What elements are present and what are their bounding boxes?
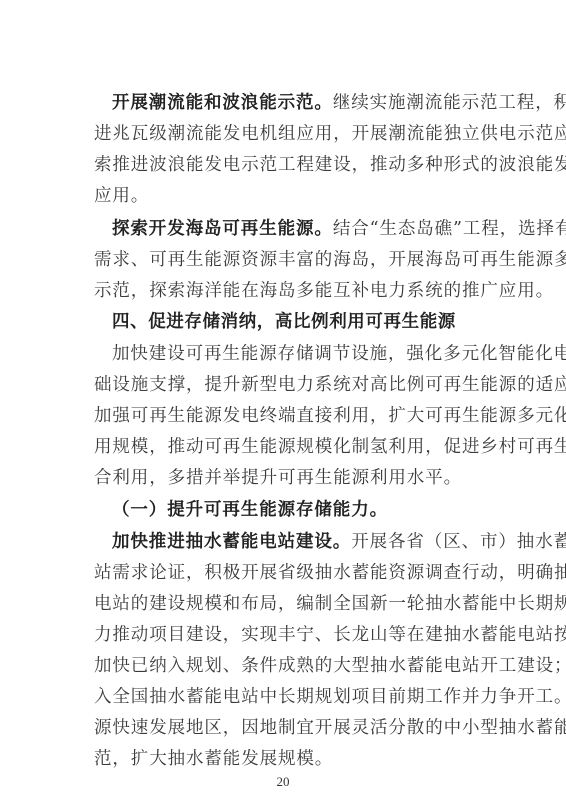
paragraph-line: 力推动项目建设，实现丰宁、长龙山等在建抽水蓄能电站按期投产； bbox=[94, 625, 494, 645]
paragraph-line: 电站的建设规模和布局，编制全国新一轮抽水蓄能中长期规划。大 bbox=[94, 594, 494, 614]
paragraph-line: 示范，探索海洋能在海岛多能互补电力系统的推广应用。 bbox=[94, 281, 494, 301]
paragraph-lead: 探索开发海岛可再生能源。 bbox=[112, 219, 333, 239]
paragraph-line: 用规模，推动可再生能源规模化制氢利用，促进乡村可再生能源综 bbox=[94, 437, 494, 457]
paragraph-line: 开展潮流能和波浪能示范。继续实施潮流能示范工程，积极推 bbox=[112, 93, 494, 113]
paragraph-line: 站需求论证，积极开展省级抽水蓄能资源调查行动，明确抽水蓄能 bbox=[94, 563, 494, 583]
page-number: 20 bbox=[0, 774, 566, 790]
paragraph-line: 入全国抽水蓄能电站中长期规划项目前期工作并力争开工。在新能 bbox=[94, 687, 494, 707]
paragraph-line: 础设施支撑，提升新型电力系统对高比例可再生能源的适应能力。 bbox=[94, 375, 494, 395]
paragraph-lead: 加快推进抽水蓄能电站建设。 bbox=[112, 532, 351, 552]
paragraph-line: 探索开发海岛可再生能源。结合“生态岛礁”工程，选择有电力 bbox=[112, 219, 494, 239]
paragraph-line: 加快推进抽水蓄能电站建设。开展各省（区、市）抽水蓄能电 bbox=[112, 532, 494, 552]
paragraph-line: 应用。 bbox=[94, 186, 494, 206]
paragraph-line: 加强可再生能源发电终端直接利用，扩大可再生能源多元化非电利 bbox=[94, 406, 494, 426]
paragraph-line: 索推进波浪能发电示范工程建设，推动多种形式的波浪能发电装置 bbox=[94, 155, 494, 175]
document-page: 开展潮流能和波浪能示范。继续实施潮流能示范工程，积极推 进兆瓦级潮流能发电机组应… bbox=[0, 0, 566, 800]
paragraph-line: 合利用，多措并举提升可再生能源利用水平。 bbox=[94, 468, 494, 488]
paragraph-line: 需求、可再生能源资源丰富的海岛，开展海岛可再生能源多能互补 bbox=[94, 250, 494, 270]
paragraph-line: 进兆瓦级潮流能发电机组应用，开展潮流能独立供电示范应用。探 bbox=[94, 124, 494, 144]
paragraph-line: 加快建设可再生能源存储调节设施，强化多元化智能化电网基 bbox=[112, 344, 494, 364]
paragraph-line: 加快已纳入规划、条件成熟的大型抽水蓄能电站开工建设；加快纳 bbox=[94, 656, 494, 676]
section-heading: 四、促进存储消纳，高比例利用可再生能源 bbox=[112, 312, 494, 332]
paragraph-line: 范，扩大抽水蓄能发展规模。 bbox=[94, 749, 494, 769]
paragraph-lead: 开展潮流能和波浪能示范。 bbox=[112, 93, 333, 113]
paragraph-line: 源快速发展地区，因地制宜开展灵活分散的中小型抽水蓄能电站示 bbox=[94, 718, 494, 738]
subsection-heading: （一）提升可再生能源存储能力。 bbox=[112, 500, 494, 520]
